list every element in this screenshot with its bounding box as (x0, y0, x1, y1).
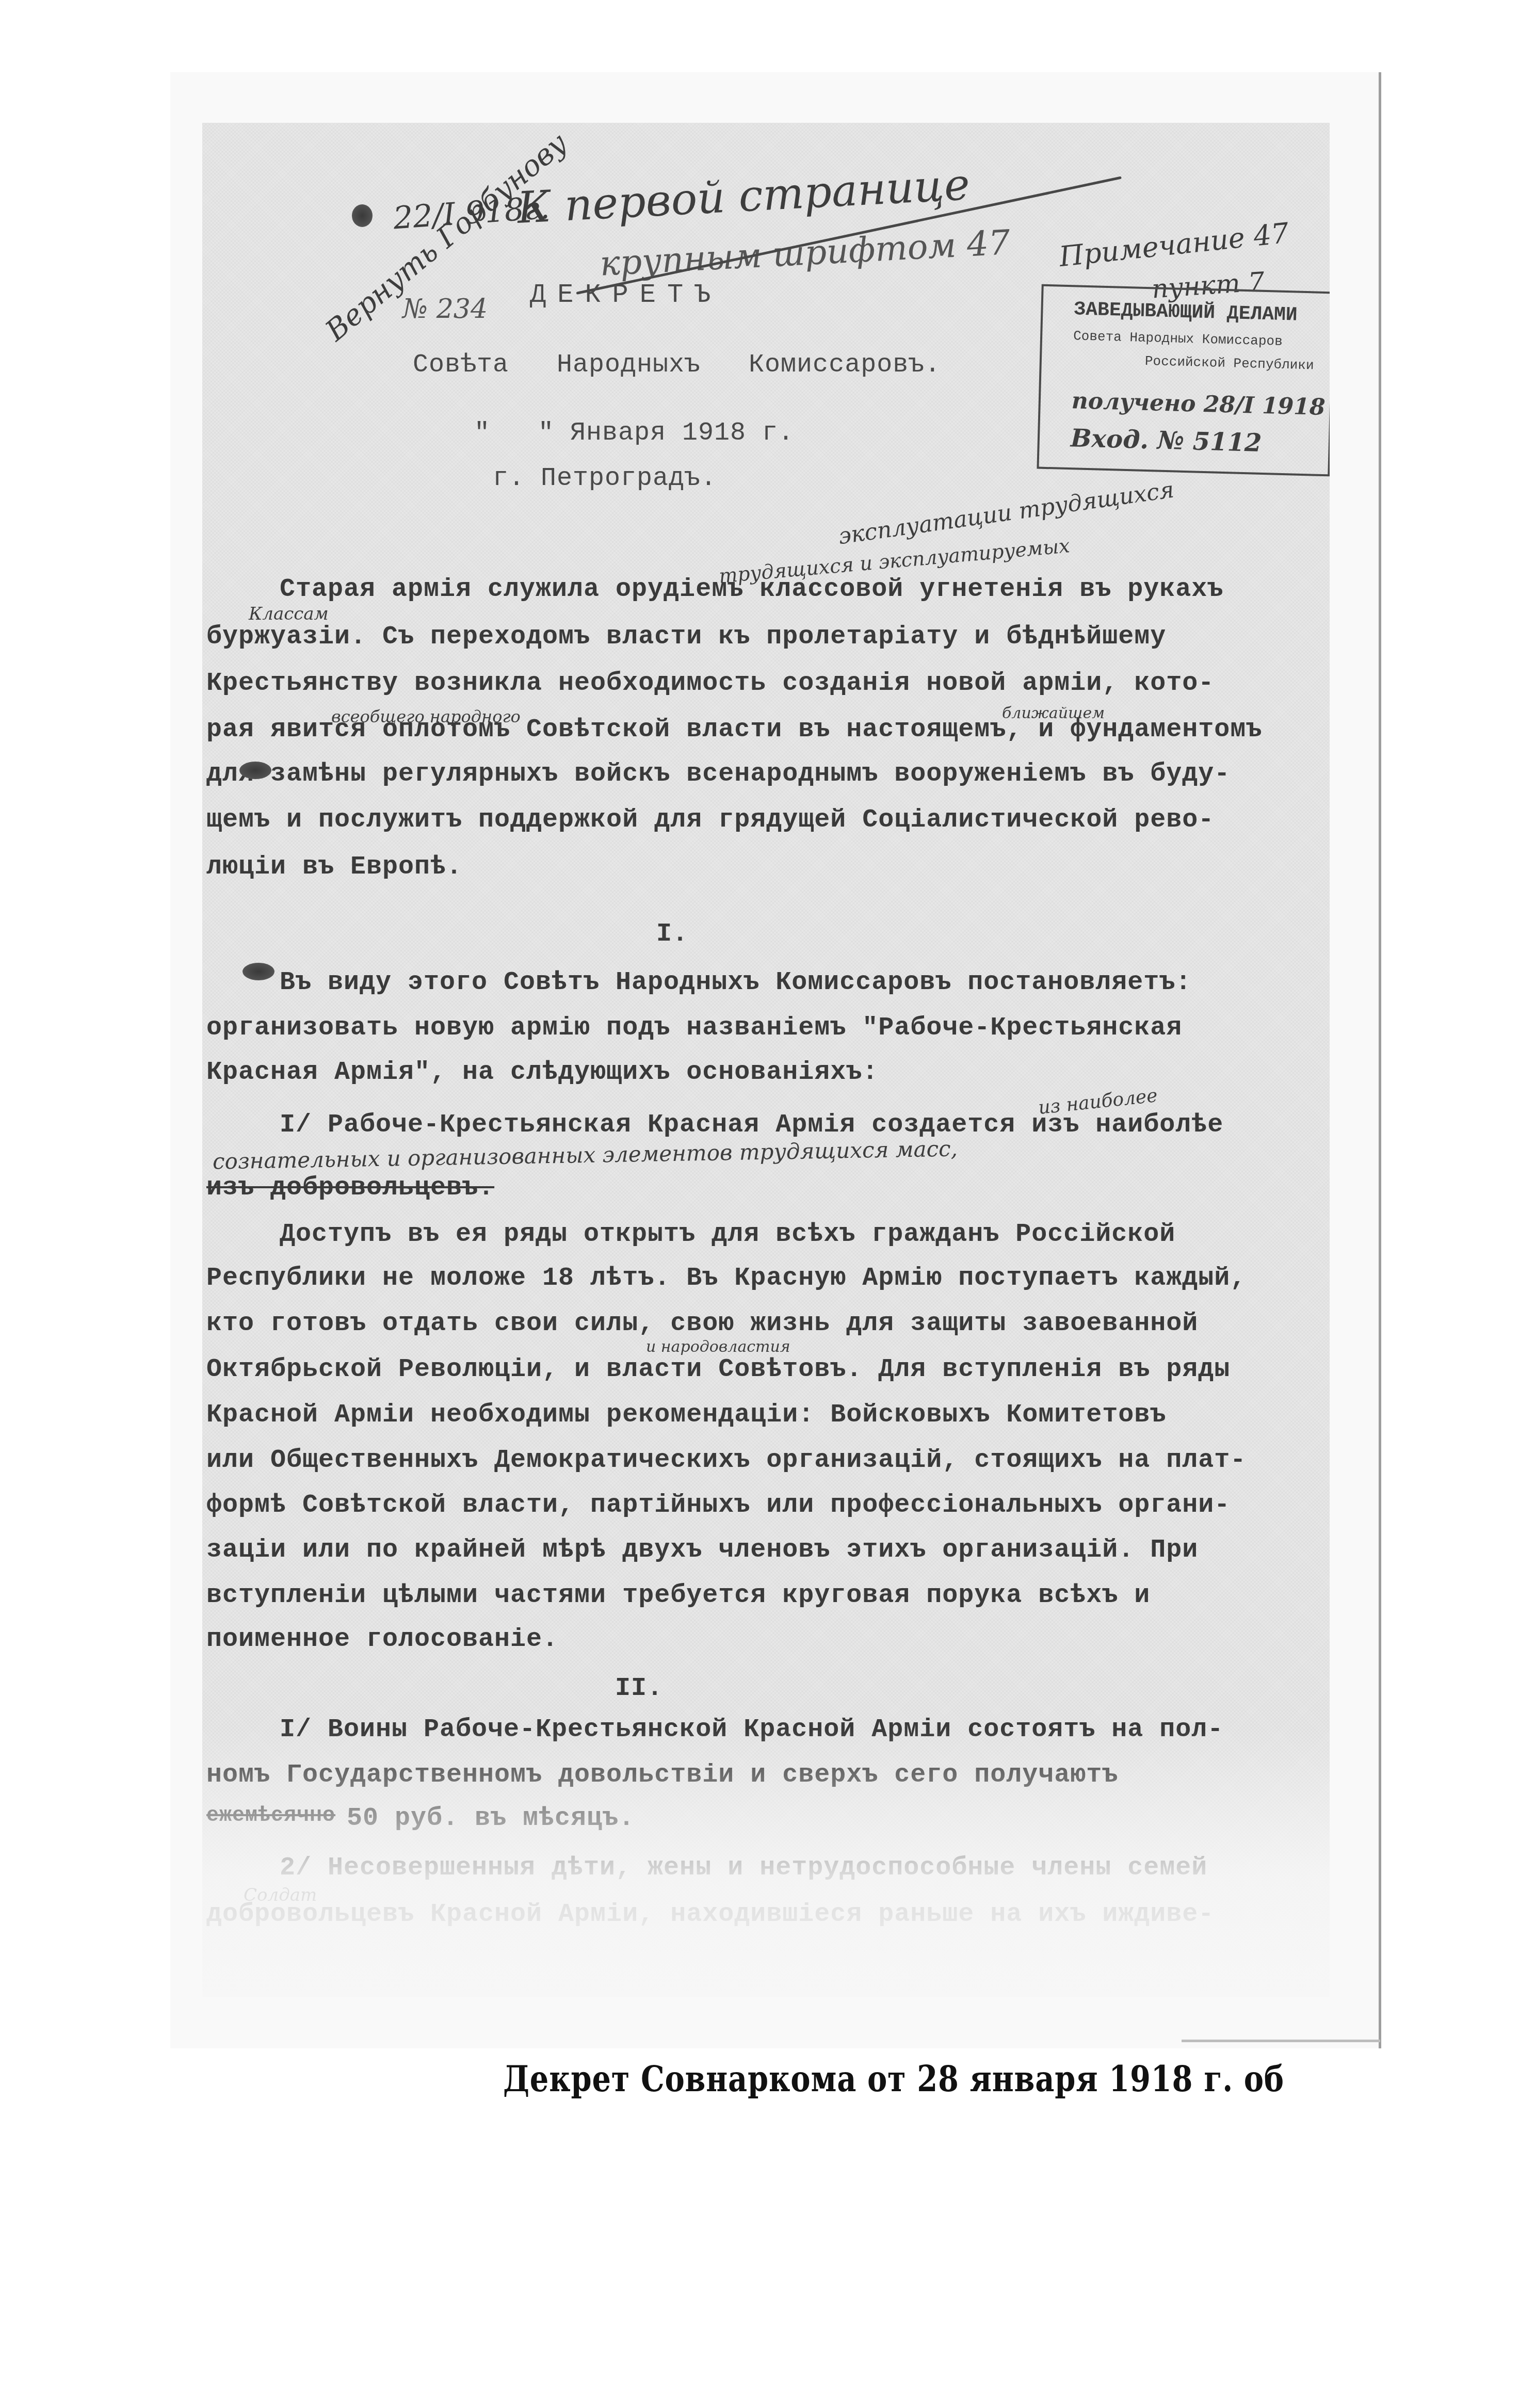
preamble-line: щемъ и послужитъ поддержкой для грядущей… (206, 807, 1214, 833)
stamp-line-4: получено 28/I 1918 г. (1071, 387, 1330, 421)
preamble-line: Крестьянству возникла необходимость созд… (206, 671, 1214, 697)
decree-issuer: Совѣта Народныхъ Комиссаровъ. (413, 352, 941, 378)
section-1-line: организовать новую армію подъ названіемъ… (206, 1015, 1182, 1041)
stamp-line-1: ЗАВЕДЫВАЮЩИЙ ДЕЛАМИ (1074, 298, 1298, 326)
decree-title: ДЕКРЕТЪ (530, 282, 722, 309)
section-1-item-1-struck-line: изъ добровольцевъ. (206, 1175, 494, 1201)
punch-hole-icon (352, 204, 373, 227)
section-1-line: Въ виду этого Совѣтъ Народныхъ Комиссаро… (280, 970, 1191, 996)
section-1-item-1-line: сознательных и организованных элементов … (213, 1138, 958, 1172)
preamble-line: люціи въ Европѣ. (206, 854, 462, 880)
figure-caption: Декрет Совнаркома от 28 января 1918 г. о… (503, 2057, 1284, 2100)
page-rule-bottom (1182, 2040, 1380, 2042)
section-2-numeral: II. (615, 1676, 663, 1702)
preamble-line: буржуазіи. Съ переходомъ власти къ проле… (206, 624, 1166, 650)
stamp-line-3: Российской Республики (1145, 353, 1314, 374)
annotation-preamble-1: эксплуатации трудящихся (837, 479, 1175, 548)
annotation-access: и народовластия (646, 1339, 790, 1355)
preamble-line: Старая армія служила орудіемъ классовой … (280, 577, 1223, 603)
access-line: Доступъ въ ея ряды открытъ для всѣхъ гра… (280, 1222, 1175, 1248)
access-line: или Общественныхъ Демократическихъ орган… (206, 1448, 1246, 1474)
preamble-line: рая явится оплотомъ Совѣтской власти въ … (206, 717, 1262, 743)
access-line: заціи или по крайней мѣрѣ двухъ членовъ … (206, 1538, 1198, 1563)
decree-date: " " Января 1918 г. (474, 421, 794, 446)
access-line: Октябрьской Революціи, и власти Совѣтовъ… (206, 1357, 1230, 1383)
annotation-preamble-3: Классам (249, 605, 329, 623)
access-line: вступленіи цѣлыми частями требуется круг… (206, 1583, 1150, 1609)
section-1-item-1-line: I/ Рабоче-Крестьянская Красная Армія соз… (280, 1112, 1223, 1138)
registration-stamp: ЗАВЕДЫВАЮЩИЙ ДЕЛАМИ Совета Народных Коми… (1037, 284, 1330, 477)
page-rule-right (1379, 72, 1381, 2048)
stamp-line-5: Вход. № 5112 (1070, 424, 1262, 458)
annotation-top-line1: К первой странице (516, 163, 971, 230)
stamp-line-2: Совета Народных Комиссаров (1073, 328, 1283, 349)
punch-hole-icon (239, 762, 271, 779)
access-line: Республики не моложе 18 лѣтъ. Въ Красную… (206, 1266, 1246, 1291)
access-line: поименное голосованіе. (206, 1627, 558, 1653)
photo-fade (202, 1728, 1330, 1997)
punch-hole-icon (243, 963, 274, 980)
annotation-top-line2: крупным шрифтом 47 (599, 225, 1011, 281)
access-line: кто готовъ отдать свои силы, свою жизнь … (206, 1311, 1198, 1337)
document-photo: 22/I 918г. Вернуть Горбунову № 234 К пер… (202, 123, 1330, 1997)
annotation-right-note1: Примечание 47 (1058, 219, 1290, 271)
access-line: формѣ Совѣтской власти, партійныхъ или п… (206, 1493, 1230, 1518)
section-1-numeral: I. (656, 922, 688, 947)
access-line: Красной Арміи необходимы рекомендаціи: В… (206, 1402, 1166, 1428)
outgoing-number: № 234 (402, 296, 488, 322)
preamble-line: для замѣны регулярныхъ войскъ всенародны… (206, 762, 1230, 787)
decree-place: г. Петроградъ. (493, 466, 717, 492)
section-1-line: Красная Армія", на слѣдующихъ основаніях… (206, 1060, 878, 1086)
